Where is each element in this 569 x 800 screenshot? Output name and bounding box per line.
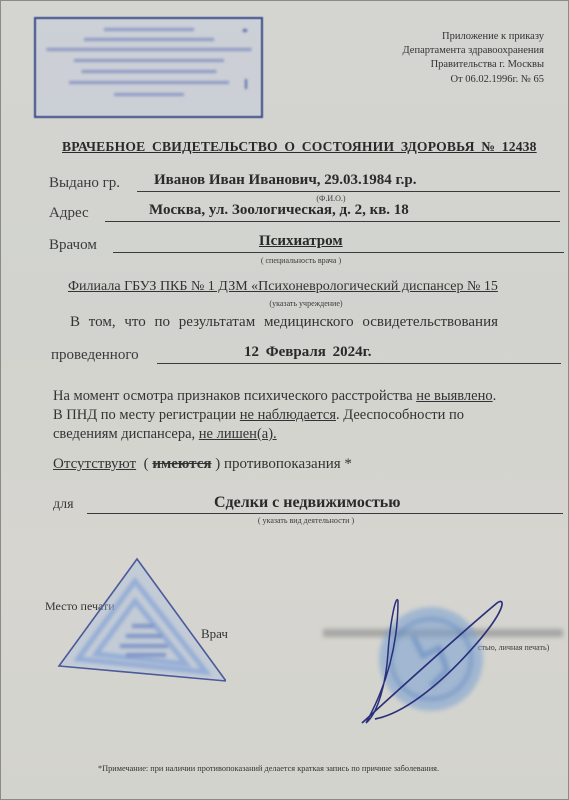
doctor-value: Психиатром [259, 233, 343, 250]
contraindications-crossed: имеются [152, 456, 211, 472]
not-detected: не выявлено [416, 388, 492, 404]
findings-text: На момент осмотра признаков психического… [53, 387, 563, 444]
doctor-line [113, 252, 564, 253]
issued-to-line [137, 191, 560, 192]
contraindications-selected: Отсутствуют [53, 456, 136, 472]
certificate-page: Приложение к приказу Департамента здраво… [0, 0, 569, 800]
doctor-hint: ( специальность врача ) [241, 256, 361, 265]
document-title: ВРАЧЕБНОЕ СВИДЕТЕЛЬСТВО О СОСТОЯНИИ ЗДОР… [62, 139, 537, 155]
activity-value: Сделки с недвижимостью [214, 494, 400, 512]
institution-stamp [34, 17, 263, 118]
activity-label: для [53, 497, 74, 513]
address-line [105, 221, 560, 222]
activity-hint: ( указать вид деятельности ) [241, 516, 371, 525]
findings-line-3: сведениям диспансера, не лишен(а). [53, 425, 563, 444]
not-deprived: не лишен(а). [199, 426, 277, 442]
exam-date-line [157, 363, 561, 364]
appendix-header: Приложение к приказу Департамента здраво… [403, 30, 545, 87]
appendix-line: Приложение к приказу [403, 30, 545, 44]
not-observed: не наблюдается [240, 407, 336, 423]
institution-hint: (указать учреждение) [251, 299, 361, 308]
exam-intro: В том, что по результатам медицинского о… [70, 313, 498, 332]
triangle-seal-icon [56, 556, 226, 686]
address-label: Адрес [49, 205, 89, 222]
footnote: *Примечание: при наличии противопоказани… [98, 764, 439, 773]
activity-line [87, 513, 563, 514]
round-seal-signature-icon [361, 596, 569, 726]
issued-to-label: Выдано гр. [49, 175, 120, 192]
exam-date-value: 12 Февраля 2024г. [244, 344, 372, 361]
findings-line-2: В ПНД по месту регистрации не наблюдаетс… [53, 406, 563, 425]
address-value: Москва, ул. Зоологическая, д. 2, кв. 18 [149, 202, 409, 219]
exam-date-label: проведенного [51, 347, 139, 364]
appendix-line: Департамента здравоохранения [403, 44, 545, 58]
institution-value: Филиала ГБУЗ ПКБ № 1 ДЗМ «Психоневрологи… [68, 279, 498, 295]
contraindications-line: Отсутствуют ( имеются ) противопоказания… [53, 455, 352, 474]
issued-to-value: Иванов Иван Иванович, 29.03.1984 г.р. [154, 172, 417, 189]
appendix-line: Правительства г. Москвы [403, 58, 545, 72]
findings-line-1: На момент осмотра признаков психического… [53, 387, 563, 406]
appendix-line: От 06.02.1996г. № 65 [403, 73, 545, 87]
doctor-label: Врачом [49, 237, 97, 254]
